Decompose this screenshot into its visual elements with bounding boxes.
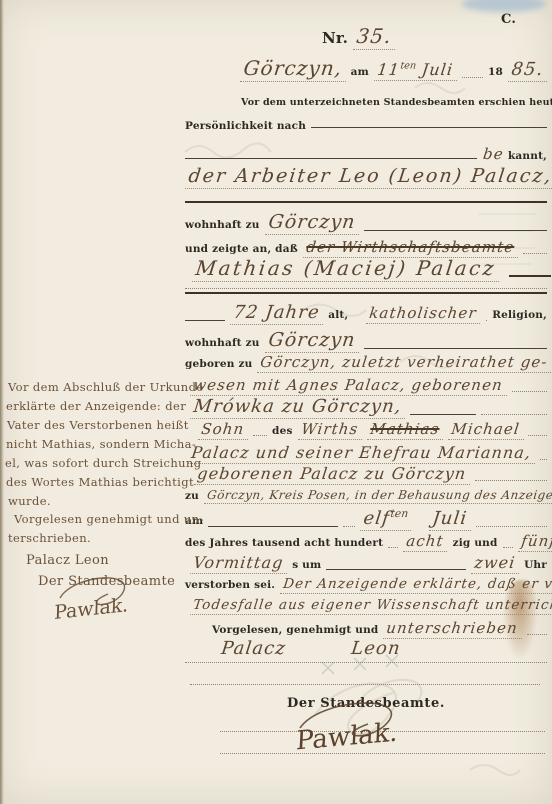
vorgelesen-label: Vorgelesen, genehmigt und <box>212 624 378 636</box>
date-handwritten: 11ten Juli <box>374 60 459 81</box>
form-rule <box>528 435 547 436</box>
intro-text-1: Vor dem unterzeichneten Standesbeamten e… <box>241 97 552 108</box>
spouse-maiden-line: Mrówka zu Görczyn, <box>190 396 547 419</box>
margin-note-line: wurde. <box>8 494 51 508</box>
place-handwritten: Görczyn, <box>240 56 349 82</box>
age-religion-line: 72 Jahre alt, katholischer Religion, <box>185 302 547 325</box>
margin-registrar-title: Der Standesbeamte <box>38 574 175 589</box>
persoenlichkeit-label: Persönlichkeit nach <box>185 120 306 132</box>
statement-handwritten-1: Der Anzeigende erklärte, daß er von dem <box>280 576 552 594</box>
death-month-handwritten: Juli <box>429 508 474 531</box>
form-rule <box>364 348 547 349</box>
sohn-handwritten: Sohn <box>198 420 250 440</box>
registrar-signature: Pawlak. <box>295 717 398 756</box>
margin-note-line: Vater des Verstorbenen heißt <box>7 418 189 432</box>
signature-rule <box>220 753 545 754</box>
parents-line: Palacz und seiner Ehefrau Marianna, <box>188 443 547 464</box>
unterschrieben-handwritten: unterschrieben <box>383 619 524 639</box>
deceased-residence: Görczyn <box>265 329 362 353</box>
struck-occupation: der Wirthschaftsbeamte <box>303 238 520 258</box>
margin-note-line: terschrieben. <box>8 531 91 545</box>
date-day-suffix: ten <box>400 61 417 72</box>
mother-maiden-line: geborenen Palacz zu Görczyn <box>194 464 547 485</box>
declarant-name-line: der Arbeiter Leo (Leon) Palacz, <box>185 165 547 189</box>
margin-note-line: nicht Mathias, sondern Micha- <box>6 437 196 451</box>
form-rule <box>388 547 398 548</box>
form-rule <box>208 526 338 527</box>
separator-rule <box>185 288 547 289</box>
uhr-label: Uhr <box>524 559 547 571</box>
place-date-line: Görczyn, am 11ten Juli 18 85. <box>240 56 547 82</box>
record-number-line: Nr. 35. <box>322 24 432 50</box>
death-date-line: am elften Juli <box>185 507 547 531</box>
form-rule <box>410 414 476 415</box>
margin-note-line: Vorgelesen genehmigt und un- <box>14 512 204 526</box>
nr-label: Nr. <box>322 29 348 47</box>
death-place-handwritten: Görczyn, Kreis Posen, in der Behausung d… <box>204 488 552 504</box>
wohnhaft-label: wohnhaft zu <box>185 219 260 231</box>
declarant-residence: Görczyn <box>265 211 362 235</box>
intro-line-2: Persönlichkeit nach <box>185 120 547 132</box>
verstorben-label: verstorben sei. <box>185 579 275 591</box>
form-rule <box>503 547 513 548</box>
father-name-struck: Mathias <box>367 420 446 440</box>
mother-maiden-handwritten: geborenen Palacz zu Görczyn <box>194 464 472 485</box>
son-of-line: Sohn des Wirths Mathias Michael <box>198 420 547 440</box>
zig-label: zig und <box>453 537 498 549</box>
daytime-handwritten: Vormittag <box>190 553 290 574</box>
religion-label: Religion, <box>492 309 547 321</box>
death-time-line: Vormittag s um zwei Uhr <box>190 553 547 574</box>
bekannt-line: be kannt, <box>185 145 547 163</box>
declarant-signature-first: Palacz <box>220 638 287 659</box>
declarant-signature-last: Leon <box>350 638 402 659</box>
geboren-label: geboren zu <box>185 358 252 370</box>
form-rule <box>486 320 487 321</box>
s-um-label: s um <box>292 559 321 571</box>
margin-note-line: des Wortes Mathias berichtigt <box>6 475 194 489</box>
am-label: am <box>351 66 369 78</box>
spouse-handwritten: wesen mit Agnes Palacz, geborenen <box>190 376 509 396</box>
form-rule <box>476 526 547 527</box>
wirths-handwritten: Wirths <box>298 420 365 440</box>
be-handwritten: be <box>482 145 505 163</box>
form-rule <box>475 480 547 481</box>
alt-label: alt, <box>328 309 348 321</box>
death-day: elf <box>363 508 392 529</box>
deceased-statement-line-1: verstorben sei. Der Anzeigende erklärte,… <box>185 576 547 594</box>
form-rule <box>185 158 477 159</box>
anzeige-label: und zeigte an, daß <box>185 243 298 255</box>
signature-rule <box>190 684 540 685</box>
form-rule <box>253 435 267 436</box>
separator-rule <box>185 201 547 203</box>
declarant-residence-line: wohnhaft zu Görczyn <box>185 211 547 235</box>
spouse-maiden-handwritten: Mrówka zu Görczyn, <box>190 396 408 419</box>
death-year-line: des Jahres tausend acht hundert acht zig… <box>185 532 547 552</box>
form-rule <box>185 320 225 321</box>
deceased-name: Mathias (Maciej) Palacz <box>192 256 503 282</box>
record-number-value: 35. <box>353 24 398 50</box>
unit-handwritten: fünf <box>518 532 552 552</box>
zu-label: zu <box>185 490 199 502</box>
birthplace-handwritten: Görczyn, zuletzt verheirathet ge- <box>257 353 552 373</box>
hour-handwritten: zwei <box>471 553 522 574</box>
date-day: 11 <box>376 60 401 79</box>
margin-note-line: erklärte der Anzeigende: der <box>6 399 186 413</box>
form-series-letter: C. <box>501 12 516 27</box>
ink-dash <box>509 275 551 277</box>
form-rule <box>343 526 355 527</box>
form-rule <box>462 77 483 78</box>
form-rule <box>523 253 547 254</box>
year-label: des Jahres tausend acht hundert <box>185 537 383 549</box>
parents-handwritten: Palacz und seiner Ehefrau Marianna, <box>188 443 537 464</box>
birthplace-line: geboren zu Görczyn, zuletzt verheirathet… <box>185 353 547 373</box>
form-rule <box>527 634 547 635</box>
religion-handwritten: katholischer <box>366 304 483 324</box>
decade-handwritten: acht <box>403 532 450 552</box>
death-place-line: zu Görczyn, Kreis Posen, in der Behausun… <box>185 488 547 504</box>
deceased-age: 72 Jahre <box>230 302 326 325</box>
des-label: des <box>272 425 293 437</box>
margin-declarant-signature: Palacz Leon <box>26 553 109 568</box>
deceased-statement-line-2: Todesfalle aus eigener Wissenschaft unte… <box>190 597 547 615</box>
declarant-signature-line: Palacz Leon <box>185 638 547 663</box>
death-day-suffix: ten <box>390 507 409 520</box>
year-printed: 18 <box>488 66 503 78</box>
registrar-title: Der Standesbeamte. <box>287 696 445 711</box>
vorgelesen-line: Vorgelesen, genehmigt und unterschrieben <box>212 619 547 639</box>
form-rule <box>481 414 547 415</box>
form-rule <box>540 459 547 460</box>
deceased-residence-line: wohnhaft zu Görczyn <box>185 329 547 353</box>
margin-note-line: el, was sofort durch Streichung <box>5 456 202 470</box>
statement-handwritten-2: Todesfalle aus eigener Wissenschaft unte… <box>190 597 552 615</box>
form-rule <box>512 391 547 392</box>
spouse-line: wesen mit Agnes Palacz, geborenen <box>190 376 547 396</box>
margin-registrar-signature: Pawlak. <box>54 594 129 624</box>
blue-pencil-smudge <box>462 0 546 12</box>
separator-rule <box>185 292 547 294</box>
kannt-label: kannt, <box>508 150 547 162</box>
death-day-handwritten: elften <box>360 507 414 531</box>
intro-line-1: Vor dem unterzeichneten Standesbeamten e… <box>241 97 552 108</box>
year-handwritten: 85. <box>508 59 550 82</box>
form-rule <box>364 230 547 231</box>
report-line: und zeigte an, daß der Wirthschaftsbeamt… <box>185 238 547 258</box>
date-month: Juli <box>421 60 455 79</box>
registrar-title-line: Der Standesbeamte. <box>185 696 547 711</box>
margin-note-line: Vor dem Abschluß der Urkunde <box>8 380 204 394</box>
form-rule <box>326 569 466 570</box>
wohnhaft-label: wohnhaft zu <box>185 337 260 349</box>
deceased-name-line: Mathias (Maciej) Palacz <box>192 256 547 282</box>
father-name-corrected: Michael <box>448 420 526 440</box>
death-register-scan: C. Nr. 35. Görczyn, am 11ten Juli 18 85.… <box>0 0 552 804</box>
form-rule <box>311 127 547 128</box>
declarant-name: der Arbeiter Leo (Leon) Palacz, <box>185 165 552 189</box>
page-left-edge <box>0 0 4 804</box>
